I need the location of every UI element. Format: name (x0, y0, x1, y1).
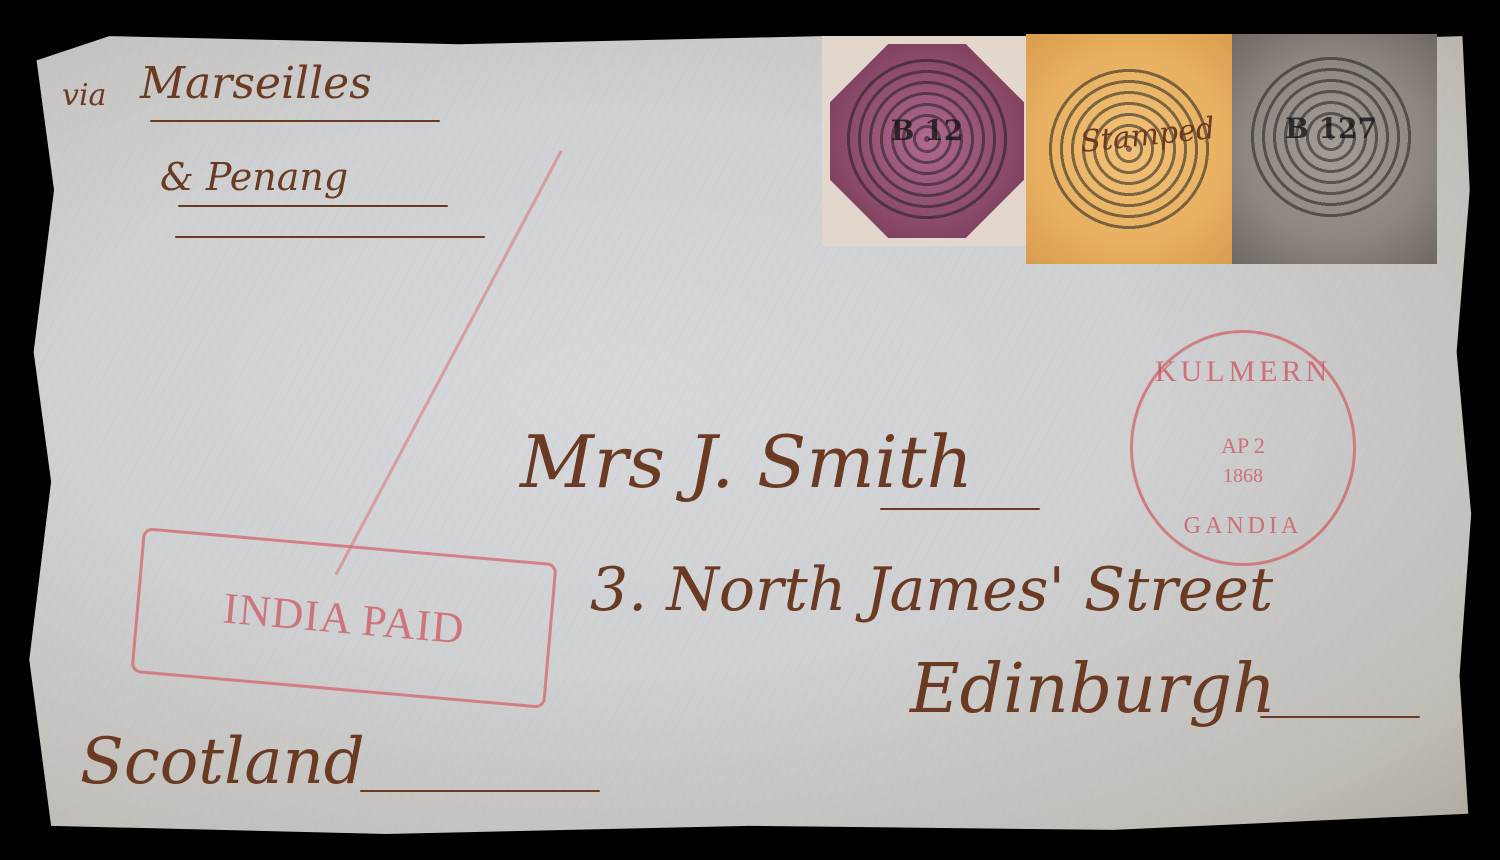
routing-underline-2 (178, 205, 448, 207)
routing-line-2: & Penang (160, 155, 348, 199)
cancel-mark-right: B 127 (1246, 52, 1416, 222)
postmark-date: AP 2 (1133, 433, 1353, 459)
cancel-mark-left: B 12 (842, 54, 1012, 224)
name-underline (880, 508, 1040, 510)
address-street: 3. North James' Street (590, 555, 1273, 625)
city-underline (1260, 716, 1420, 718)
postmark-year: 1868 (1133, 465, 1353, 488)
country-underline (360, 790, 600, 792)
stamp-grey: B 127 (1232, 34, 1437, 264)
routing-underline-3 (175, 236, 485, 238)
addressee-name: Mrs J. Smith (520, 420, 973, 504)
postmark-region: GANDIA (1133, 513, 1353, 540)
stamp-purple: B 12 (822, 36, 1032, 246)
address-country: Scotland (80, 725, 365, 799)
postmark-town: KULMERN (1133, 355, 1353, 389)
routing-underline-1 (150, 120, 440, 122)
routing-prefix: via (62, 78, 106, 113)
address-city: Edinburgh (910, 650, 1276, 729)
routing-line-1: Marseilles (140, 58, 372, 109)
red-circular-postmark: KULMERN AP 2 1868 GANDIA (1130, 330, 1356, 566)
